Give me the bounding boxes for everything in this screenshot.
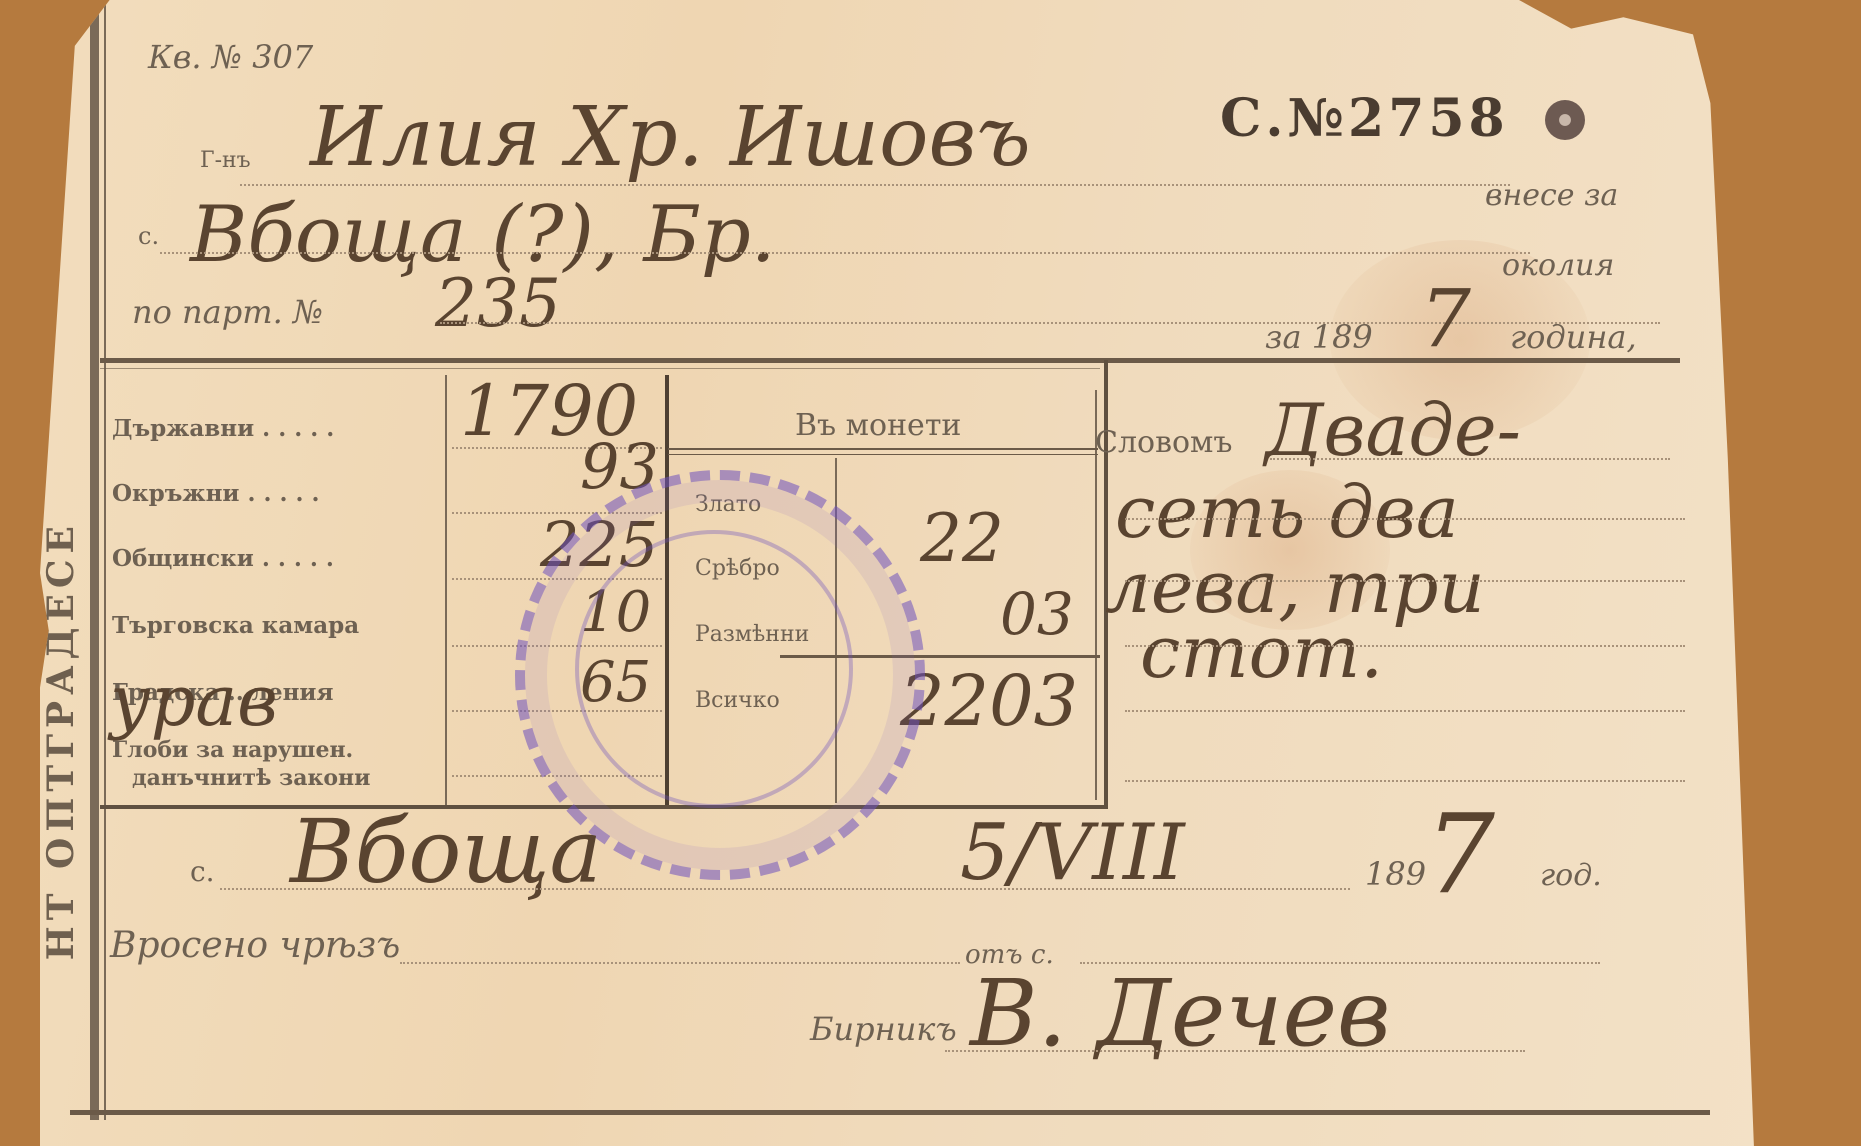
- tax-row-label: данъчнитѣ закони: [132, 765, 370, 791]
- amount-column-rule: [445, 375, 447, 805]
- receipt-number-label: Кв. № 307: [148, 38, 313, 76]
- party-no-label: по парт. №: [132, 293, 323, 331]
- in-words-rule: [1125, 580, 1685, 582]
- for-year-label: за 189: [1265, 318, 1373, 356]
- coin-amount: 03: [1000, 580, 1074, 648]
- collector-line: [945, 1050, 1525, 1052]
- in-words-line: стот.: [1140, 610, 1383, 694]
- sent-via-line: [400, 962, 960, 964]
- tax-row-label: Търговска камара: [112, 612, 359, 639]
- payer-line: [240, 184, 1510, 186]
- left-border-rule: [90, 0, 99, 1120]
- bottom-rule: [70, 1110, 1710, 1115]
- receipt-paper: ...ного НТ ОПТГРАДЕСЕ Кв. № 307 С.№2758 …: [40, 0, 1780, 1146]
- village-line: [160, 252, 1530, 254]
- coin-amount-total: 2203: [900, 660, 1078, 742]
- in-words-rule: [1125, 645, 1685, 647]
- footer-year-suffix: год.: [1540, 858, 1602, 893]
- coins-header: Въ монети: [795, 408, 961, 443]
- tax-row-label: Окръжни . . . . .: [112, 480, 320, 507]
- margin-note-handwritten: урав: [110, 660, 278, 742]
- footer-village-label: с.: [190, 855, 215, 888]
- side-strip-text-lower: НТ ОПТГРАДЕСЕ: [40, 520, 82, 960]
- footer-year-handwritten: 7: [1425, 790, 1495, 918]
- in-words-rule: [1270, 458, 1670, 460]
- deposited-label: внесе за: [1485, 178, 1618, 213]
- serial-number: С.№2758: [1220, 88, 1509, 149]
- coin-amount: 22: [920, 500, 1004, 577]
- year-suffix-label: година,: [1510, 318, 1637, 356]
- footer-year-label: 189: [1365, 855, 1426, 893]
- party-no-handwritten: 235: [435, 265, 561, 342]
- village-label: с.: [138, 222, 159, 250]
- sent-via-label: Вросено чрѣзъ: [110, 925, 400, 966]
- gospodin-label: Г-нъ: [200, 148, 251, 173]
- in-words-rule: [1125, 710, 1685, 712]
- coins-header-rule: [668, 448, 1098, 450]
- tax-row-label: Държавни . . . . .: [112, 415, 334, 442]
- district-label: околия: [1502, 248, 1614, 283]
- date-handwritten: 5/VIII: [960, 808, 1185, 898]
- in-words-rule: [1125, 518, 1685, 520]
- party-line: [440, 322, 1660, 324]
- official-stamp-inner-ring: [575, 530, 853, 808]
- in-words-rule: [1125, 780, 1685, 782]
- in-words-label: Словомъ: [1095, 425, 1232, 460]
- payer-name-handwritten: Илия Хр. Ишовъ: [310, 90, 1031, 185]
- in-words-line: сеть два: [1115, 470, 1459, 554]
- date-line: [220, 888, 1350, 890]
- for-year-handwritten: 7: [1420, 272, 1471, 365]
- rosette-ornament-icon: [1545, 100, 1585, 140]
- collector-label: Бирникъ: [810, 1010, 957, 1048]
- side-strip-text-upper: ...ного: [40, 40, 70, 179]
- tax-row-label: Общински . . . . .: [112, 545, 334, 572]
- coins-header-rule-2: [668, 454, 1098, 455]
